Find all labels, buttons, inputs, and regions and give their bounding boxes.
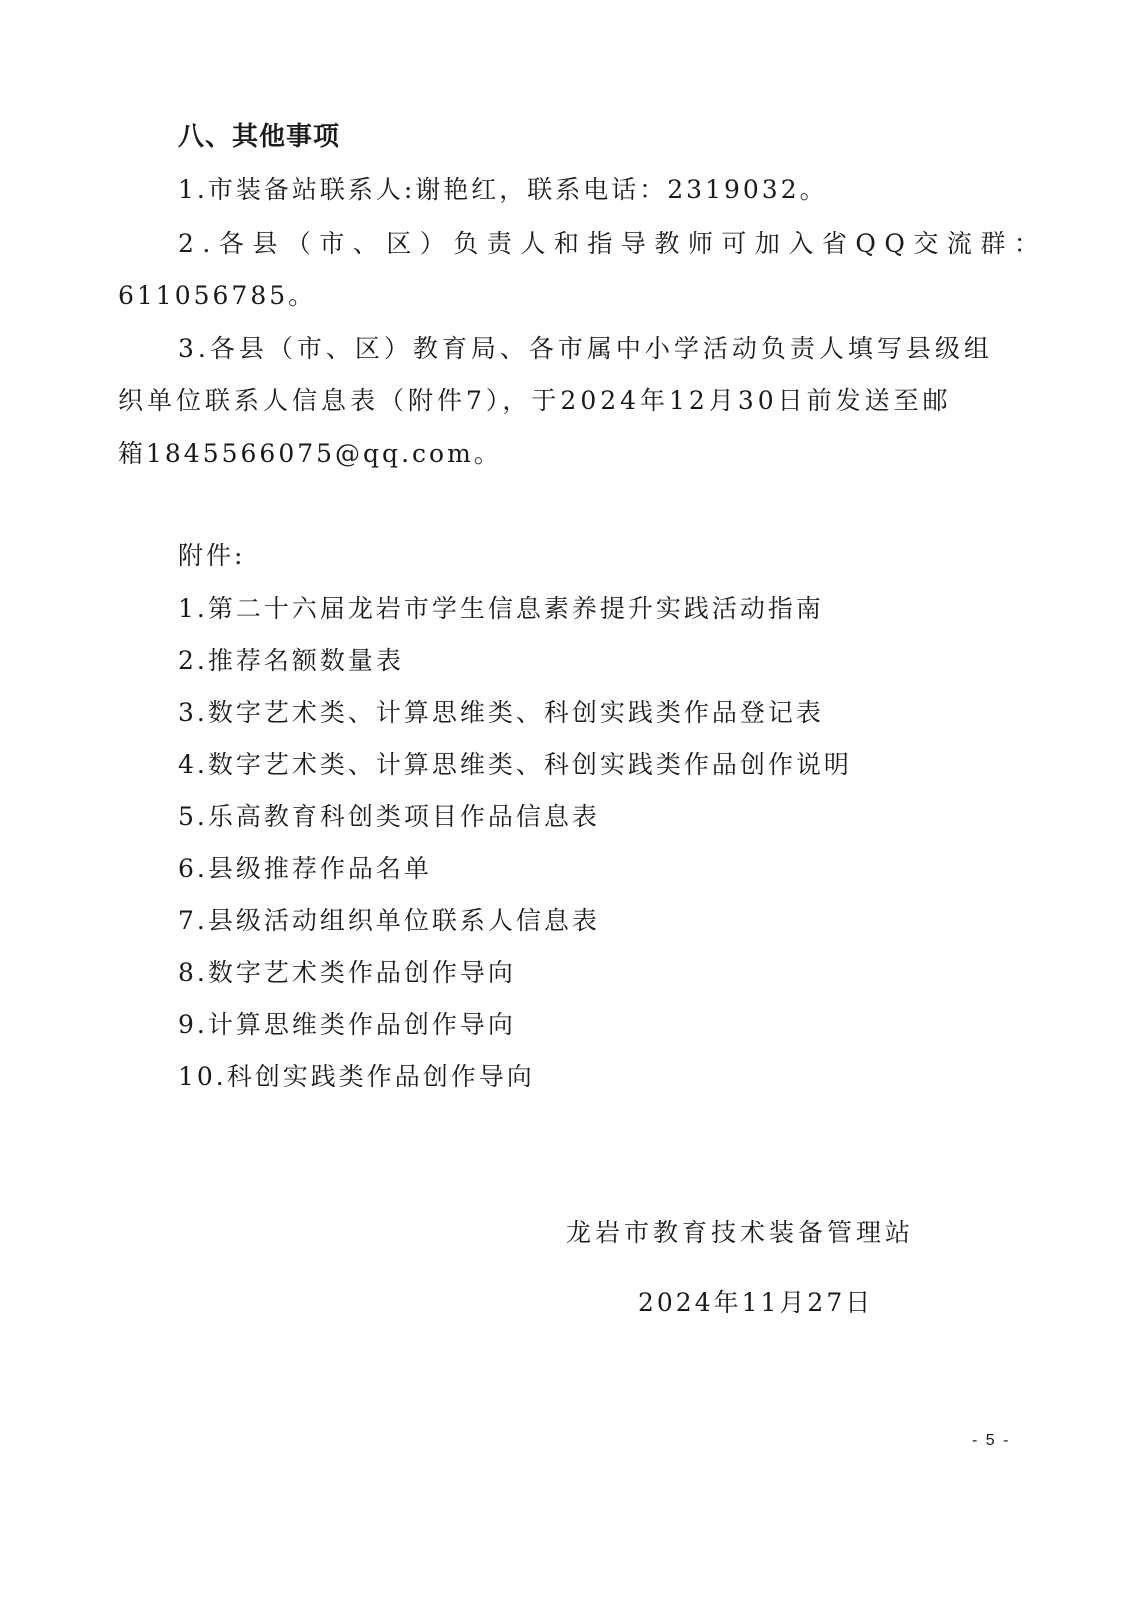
submission-item-line-2: 织单位联系人信息表（附件7），于2024年12月30日前发送至邮	[118, 388, 952, 413]
attachment-item: 10.科创实践类作品创作导向	[178, 1064, 535, 1089]
page-number: - 5 -	[972, 1432, 1010, 1450]
attachment-item: 1.第二十六届龙岩市学生信息素养提升实践活动指南	[178, 596, 824, 621]
attachment-item: 5.乐高教育科创类项目作品信息表	[178, 804, 600, 829]
signature-organization: 龙岩市教育技术装备管理站	[566, 1220, 914, 1245]
signature-date: 2024年11月27日	[638, 1290, 873, 1315]
qq-group-item: 2.各县（市、区）负责人和指导教师可加入省QQ交流群：	[178, 231, 1047, 256]
attachment-item: 2.推荐名额数量表	[178, 648, 404, 673]
attachments-label: 附件:	[178, 543, 245, 568]
qq-group-number: 611056785。	[118, 283, 316, 308]
attachment-item: 3.数字艺术类、计算思维类、科创实践类作品登记表	[178, 700, 824, 725]
submission-email: 箱1845566075@qq.com。	[118, 441, 502, 466]
attachment-item: 8.数字艺术类作品创作导向	[178, 960, 516, 985]
attachment-item: 7.县级活动组织单位联系人信息表	[178, 908, 600, 933]
attachment-item: 9.计算思维类作品创作导向	[178, 1012, 516, 1037]
contact-item: 1.市装备站联系人:谢艳红，联系电话：2319032。	[178, 177, 828, 202]
attachment-item: 6.县级推荐作品名单	[178, 856, 432, 881]
submission-item-line-1: 3.各县（市、区）教育局、各市属中小学活动负责人填写县级组	[178, 336, 993, 361]
section-heading: 八、其他事项	[178, 124, 340, 150]
attachment-item: 4.数字艺术类、计算思维类、科创实践类作品创作说明	[178, 752, 852, 777]
